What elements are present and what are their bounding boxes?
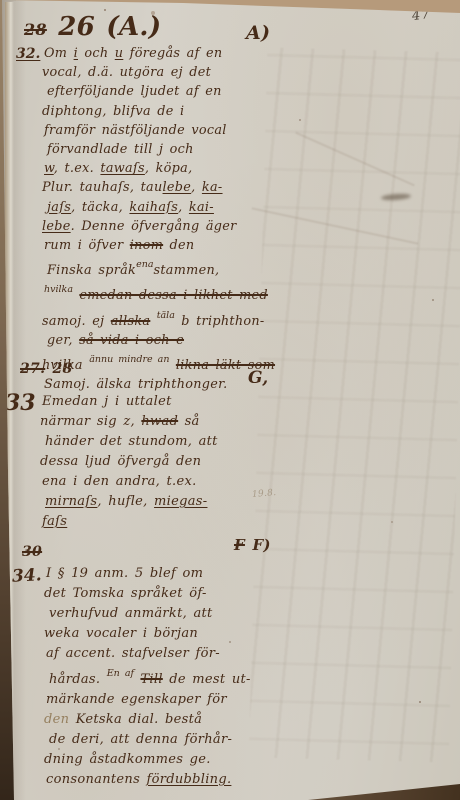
- text-segment: lebe: [163, 180, 192, 195]
- text-segment: A): [246, 22, 270, 44]
- manuscript-line: af accent. stafvelser för-: [46, 644, 251, 664]
- text-segment: Plur. tauhaſs, tau: [42, 180, 163, 195]
- text-segment: 27.: [20, 361, 45, 377]
- manuscript-line: den Ketska dial. bestå: [44, 710, 251, 730]
- manuscript-line: lebe. Denne öfvergång äger: [42, 217, 275, 236]
- text-segment: En af: [107, 668, 134, 679]
- photo-background: 47 28 26 (A.) A) G, 19.8. F F) 32. Om i …: [0, 0, 460, 800]
- text-segment: Till: [140, 672, 162, 687]
- text-segment: hårdas.: [49, 672, 107, 687]
- section-33-text: Emedan j i uttaletnärmar sig z, hwad såh…: [40, 392, 218, 532]
- manuscript-line: consonantens fördubbling.: [46, 770, 251, 790]
- bleedthrough-ghost-text: [249, 48, 460, 763]
- text-segment: Ketska dial. bestå: [69, 712, 202, 727]
- text-segment: de mest ut-: [163, 672, 251, 687]
- margin-note-pencil: 19.8.: [252, 488, 277, 500]
- text-segment: det Tomska språket öf-: [44, 586, 207, 601]
- extra-line-30: 30: [22, 544, 42, 560]
- manuscript-line: Om i och u föregås af en: [44, 44, 275, 63]
- text-segment: ka-: [202, 180, 223, 195]
- manuscript-line: hårdas. En af Till de mest ut-: [49, 664, 251, 690]
- text-segment: likna läkt som: [176, 358, 275, 373]
- manuscript-line: Plur. tauhaſs, taulebe, ka-: [42, 178, 275, 197]
- text-segment: af accent. stafvelser för-: [46, 646, 220, 661]
- text-segment: dessa ljud öfvergå den: [40, 454, 201, 469]
- page-number: 47: [411, 7, 431, 24]
- manuscript-line: det Tomska språket öf-: [44, 584, 251, 604]
- text-segment: kaihaſs: [129, 200, 178, 215]
- text-segment: emedan dessa i likhet med: [79, 288, 268, 303]
- text-segment: allska: [111, 314, 151, 329]
- section-label-34: 34.: [11, 565, 42, 587]
- manuscript-page: 47 28 26 (A.) A) G, 19.8. F F) 32. Om i …: [0, 0, 460, 800]
- text-segment: den: [163, 238, 194, 253]
- text-segment: Finska språk: [47, 263, 136, 278]
- section-label-32: 32.: [16, 46, 40, 62]
- text-segment: Om: [44, 46, 74, 61]
- manuscript-line: w, t.ex. tawaſs, köpa,: [44, 159, 275, 178]
- text-segment: 28: [45, 361, 72, 377]
- text-segment: så vida i och e: [79, 333, 184, 348]
- text-segment: kai-: [189, 200, 214, 215]
- manuscript-line: efterföljande ljudet af en: [47, 82, 275, 101]
- text-segment: faſs: [42, 514, 67, 529]
- text-segment: lebe: [42, 219, 71, 234]
- manuscript-line: Emedan j i uttalet: [42, 392, 218, 412]
- text-segment: 32.: [16, 46, 40, 62]
- text-segment: förvandlade till j och: [47, 142, 194, 157]
- section-34-text: I § 19 anm. 5 blef omdet Tomska språket …: [44, 564, 251, 790]
- manuscript-line: dessa ljud öfvergå den: [40, 452, 218, 472]
- text-segment: ger,: [47, 333, 79, 348]
- text-segment: 33: [5, 390, 36, 416]
- text-segment: verhufvud anmärkt, att: [49, 606, 213, 621]
- text-segment: , köpa,: [145, 161, 193, 176]
- manuscript-line: samoj. ej allska täla b triphthon-: [42, 306, 275, 331]
- text-segment: consonantens: [46, 772, 146, 787]
- manuscript-line: hvilka emedan dessa i likhet med: [44, 280, 275, 305]
- text-segment: , hufle,: [97, 494, 154, 509]
- manuscript-line: weka vocaler i början: [44, 624, 251, 644]
- manuscript-line: mirnaſs, hufle, miegas-: [45, 492, 218, 512]
- text-segment: ,: [191, 180, 202, 195]
- section-label-33: 33: [5, 390, 36, 416]
- text-segment: händer det stundom, att: [45, 434, 218, 449]
- extra-line-27-28: 27. 28: [20, 361, 73, 377]
- text-segment: Emedan j i uttalet: [42, 394, 172, 409]
- text-segment: ena: [136, 259, 153, 270]
- manuscript-line: de deri, att denna förhår-: [49, 730, 251, 750]
- text-segment: Samoj. älska triphthonger.: [44, 377, 228, 392]
- text-segment: hwad: [141, 414, 178, 429]
- text-segment: I § 19 anm. 5 blef om: [46, 566, 203, 581]
- page-header: 28 26 (A.): [24, 12, 161, 42]
- manuscript-line: faſs: [42, 512, 218, 532]
- manuscript-line: hvilka ännu mindre an likna läkt som: [42, 350, 275, 375]
- text-segment: de deri, att denna förhår-: [49, 732, 232, 747]
- manuscript-line: händer det stundom, att: [45, 432, 218, 452]
- text-segment: hvilka: [44, 284, 73, 295]
- text-segment: den: [44, 712, 69, 727]
- text-segment: närmar sig z,: [40, 414, 141, 429]
- section-32-text: Om i och u föregås af envocal, d.ä. utgö…: [42, 44, 275, 394]
- text-segment: ännu mindre an: [89, 354, 169, 365]
- text-segment: miegas-: [154, 494, 207, 509]
- manuscript-line: dning åstadkommes ge.: [44, 750, 251, 770]
- margin-note-f: F F): [234, 536, 271, 554]
- text-segment: diphtong, blifva de i: [42, 104, 184, 119]
- text-segment: 26 (A.): [47, 12, 162, 42]
- text-segment: F: [234, 536, 245, 554]
- manuscript-line: ger, så vida i och e: [47, 331, 275, 350]
- text-segment: dning åstadkommes ge.: [44, 752, 211, 767]
- manuscript-line: ena i den andra, t.ex.: [42, 472, 218, 492]
- text-segment: jaſs: [47, 200, 71, 215]
- text-segment: , t.ex.: [54, 161, 101, 176]
- manuscript-line: framför nästföljande vocal: [44, 121, 275, 140]
- text-segment: samoj. ej: [42, 314, 111, 329]
- text-segment: inom: [130, 238, 163, 253]
- text-segment: tawaſs: [100, 161, 144, 176]
- text-segment: 19.8.: [252, 488, 277, 500]
- text-segment: w: [44, 161, 54, 176]
- text-segment: weka vocaler i början: [44, 626, 198, 641]
- text-segment: , täcka,: [71, 200, 129, 215]
- text-segment: föregås af en: [123, 46, 222, 61]
- manuscript-line: jaſs, täcka, kaihaſs, kai-: [47, 198, 275, 217]
- manuscript-line: närmar sig z, hwad så: [40, 412, 218, 432]
- text-segment: F): [245, 536, 271, 554]
- text-segment: och: [78, 46, 115, 61]
- text-segment: ,: [178, 200, 189, 215]
- manuscript-line: I § 19 anm. 5 blef om: [46, 564, 251, 584]
- text-segment: u: [115, 46, 124, 61]
- text-segment: 30: [22, 544, 42, 560]
- manuscript-line: rum i öfver inom den: [44, 236, 275, 255]
- margin-note-a: A): [246, 22, 270, 44]
- manuscript-line: märkande egenskaper för: [46, 690, 251, 710]
- text-segment: märkande egenskaper för: [46, 692, 227, 707]
- manuscript-line: diphtong, blifva de i: [42, 102, 275, 121]
- text-segment: mirnaſs: [45, 494, 97, 509]
- text-segment: efterföljande ljudet af en: [47, 84, 222, 99]
- text-segment: 28: [24, 20, 47, 39]
- text-segment: vocal, d.ä. utgöra ej det: [42, 65, 211, 80]
- manuscript-line: verhufvud anmärkt, att: [49, 604, 251, 624]
- manuscript-line: vocal, d.ä. utgöra ej det: [42, 63, 275, 82]
- text-segment: rum i öfver: [44, 238, 130, 253]
- text-segment: så: [178, 414, 199, 429]
- text-segment: fördubbling.: [146, 772, 231, 787]
- text-segment: b triphthon-: [175, 314, 265, 329]
- manuscript-line: förvandlade till j och: [47, 140, 275, 159]
- text-segment: ena i den andra, t.ex.: [42, 474, 197, 489]
- manuscript-line: Finska språkenastammen,: [47, 255, 275, 280]
- text-segment: . Denne öfvergång äger: [71, 219, 237, 234]
- text-segment: stammen,: [154, 263, 220, 278]
- text-segment: 34.: [11, 565, 42, 587]
- text-segment: täla: [157, 310, 175, 321]
- text-segment: framför nästföljande vocal: [44, 123, 227, 138]
